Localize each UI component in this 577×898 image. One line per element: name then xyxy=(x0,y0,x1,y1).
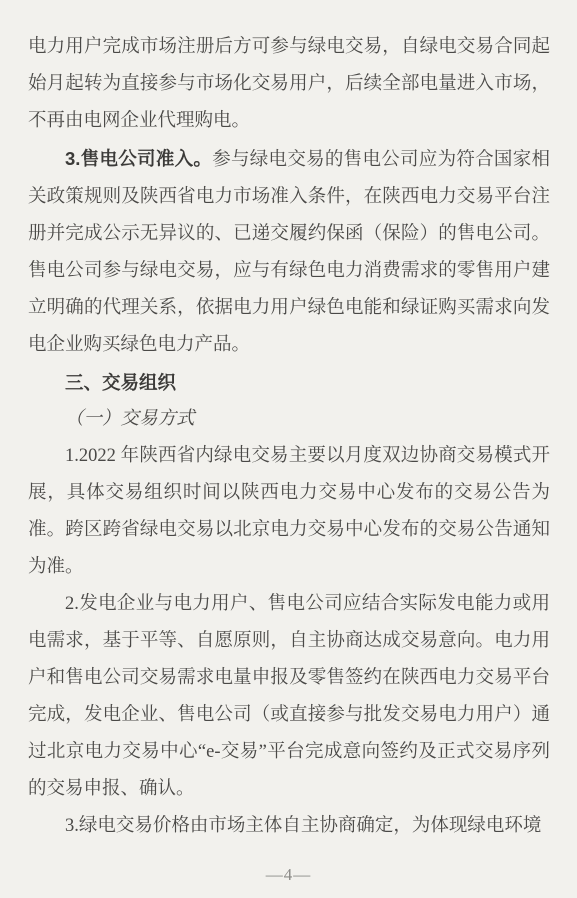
paragraph-text: 参与绿电交易的售电公司应为符合国家相关政策规则及陕西省电力市场准入条件，在陕西电… xyxy=(28,150,550,355)
paragraph-item-2-declaration: 2.发电企业与电力用户、售电公司应结合实际发电能力或用电需求，基于平等、自愿原则… xyxy=(28,586,550,808)
paragraph-market-registration: 电力用户完成市场注册后方可参与绿电交易，自绿电交易合同起始月起转为直接参与市场化… xyxy=(28,29,550,140)
subsection-heading-trade-method: （一）交易方式 xyxy=(28,401,550,438)
section-heading-trade-organization: 三、交易组织 xyxy=(28,364,550,401)
paragraph-item-3-price: 3.绿电交易价格由市场主体自主协商确定，为体现绿电环境 xyxy=(28,808,550,845)
run-in-heading-seller-admission: 3.售电公司准入。 xyxy=(65,148,212,169)
paragraph-item-1-monthly-bilateral: 1.2022 年陕西省内绿电交易主要以月度双边协商交易模式开展，具体交易组织时间… xyxy=(28,438,550,586)
document-text: 电力用户完成市场注册后方可参与绿电交易，自绿电交易合同起始月起转为直接参与市场化… xyxy=(28,29,550,845)
paragraph-seller-admission: 3.售电公司准入。参与绿电交易的售电公司应为符合国家相关政策规则及陕西省电力市场… xyxy=(28,140,550,364)
document-page: 电力用户完成市场注册后方可参与绿电交易，自绿电交易合同起始月起转为直接参与市场化… xyxy=(0,0,577,898)
page-number: —4— xyxy=(0,865,577,885)
